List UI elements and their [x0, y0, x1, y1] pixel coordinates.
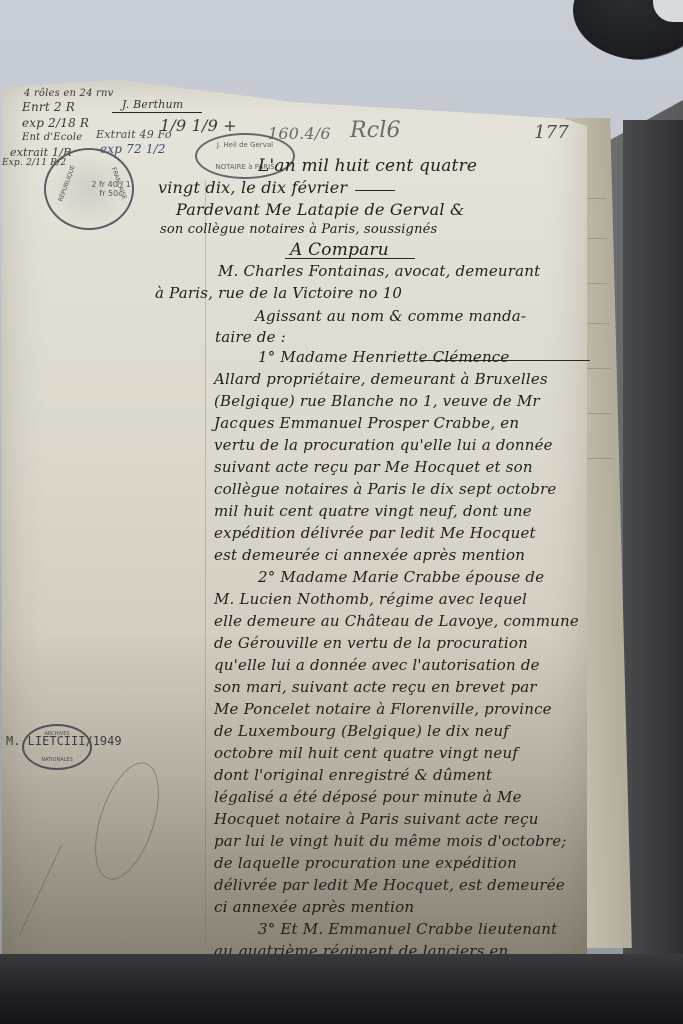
text-line: M. Charles Fontainas, avocat, demeurant	[218, 262, 540, 280]
text-line: Pardevant Me Latapie de Gerval &	[176, 200, 464, 219]
pencil-reference: Rcl6	[350, 118, 401, 143]
section-heading: A Comparu	[290, 240, 389, 260]
text-line: M. Lucien Nothomb, régime avec lequel	[214, 590, 527, 608]
text-line: vingt dix, le dix février	[158, 178, 347, 197]
text-line: collègue notaires à Paris le dix sept oc…	[214, 480, 556, 498]
page-shadow	[623, 120, 683, 964]
text-line: à Paris, rue de la Victoire no 10	[155, 284, 402, 302]
margin-note: Enrt 2 R	[22, 100, 75, 114]
stamp-text: J. Heil de Gerval	[197, 141, 293, 149]
stamp-text: NATIONALES	[24, 757, 90, 763]
text-line: Hocquet notaire à Paris suivant acte reç…	[214, 810, 539, 828]
text-line: 3° Et M. Emmanuel Crabbe lieutenant	[258, 920, 557, 938]
text-line: ci annexée après mention	[214, 898, 414, 916]
archive-signature: M. LIETCIII/1949	[6, 734, 122, 748]
margin-note: 1/9 1/9 +	[160, 116, 237, 135]
text-line: son mari, suivant acte reçu en brevet pa…	[214, 678, 537, 696]
text-line: dont l'original enregistré & dûment	[214, 766, 492, 784]
margin-note: Ent d'Ecole	[22, 132, 82, 143]
text-line: Me Poncelet notaire à Florenville, provi…	[214, 700, 552, 718]
text-line: de laquelle procuration une expédition	[214, 854, 517, 872]
text-line: expédition délivrée par ledit Me Hocquet	[214, 524, 536, 542]
text-line: par lui le vingt huit du même mois d'oct…	[214, 832, 567, 850]
text-underline	[355, 190, 395, 191]
text-line: de Luxembourg (Belgique) le dix neuf	[214, 722, 509, 740]
heading-underline	[285, 258, 415, 259]
text-underline	[420, 360, 590, 361]
text-line: 2° Madame Marie Crabbe épouse de	[258, 568, 544, 586]
fiscal-stamp: RÉPUBLIQUE FRANÇAISE 2 fr 40 / 1 fr 50c	[44, 148, 134, 230]
margin-note: 4 rôles en 24 rnv	[24, 88, 113, 99]
frame-bottom	[0, 954, 683, 1024]
margin-note: exp 2/18 R	[22, 116, 89, 130]
text-line: (Belgique) rue Blanche no 1, veuve de Mr	[214, 392, 540, 410]
text-line: octobre mil huit cent quatre vingt neuf	[214, 744, 518, 762]
page-number: 177	[534, 122, 569, 143]
text-line: Agissant au nom & comme manda-	[255, 307, 526, 325]
text-line: délivrée par ledit Me Hocquet, est demeu…	[214, 876, 565, 894]
text-line: Allard propriétaire, demeurant à Bruxell…	[214, 370, 548, 388]
signature-underline	[112, 112, 202, 113]
stamp-text: RÉPUBLIQUE	[57, 164, 77, 202]
text-line: elle demeure au Château de Lavoye, commu…	[214, 612, 579, 630]
text-line: son collègue notaires à Paris, soussigné…	[160, 222, 437, 237]
text-line: Jacques Emmanuel Prosper Crabbe, en	[214, 414, 519, 432]
text-line: suivant acte reçu par Me Hocquet et son	[214, 458, 533, 476]
text-line: L'an mil huit cent quatre	[258, 156, 477, 176]
text-line: de Gérouville en vertu de la procuration	[214, 634, 528, 652]
text-line: vertu de la procuration qu'elle lui a do…	[214, 436, 553, 454]
text-line: taire de :	[215, 328, 286, 346]
text-line: est demeurée ci annexée après mention	[214, 546, 525, 564]
text-line: 1° Madame Henriette Clémence	[258, 348, 509, 366]
text-line: qu'elle lui a donnée avec l'autorisation…	[214, 656, 540, 674]
text-line: mil huit cent quatre vingt neuf, dont un…	[214, 502, 532, 520]
stamp-value: 2 fr 40 / 1 fr 50c	[90, 180, 132, 198]
margin-signature: J. Berthum	[122, 98, 183, 111]
text-line: légalisé a été déposé pour minute à Me	[214, 788, 522, 806]
